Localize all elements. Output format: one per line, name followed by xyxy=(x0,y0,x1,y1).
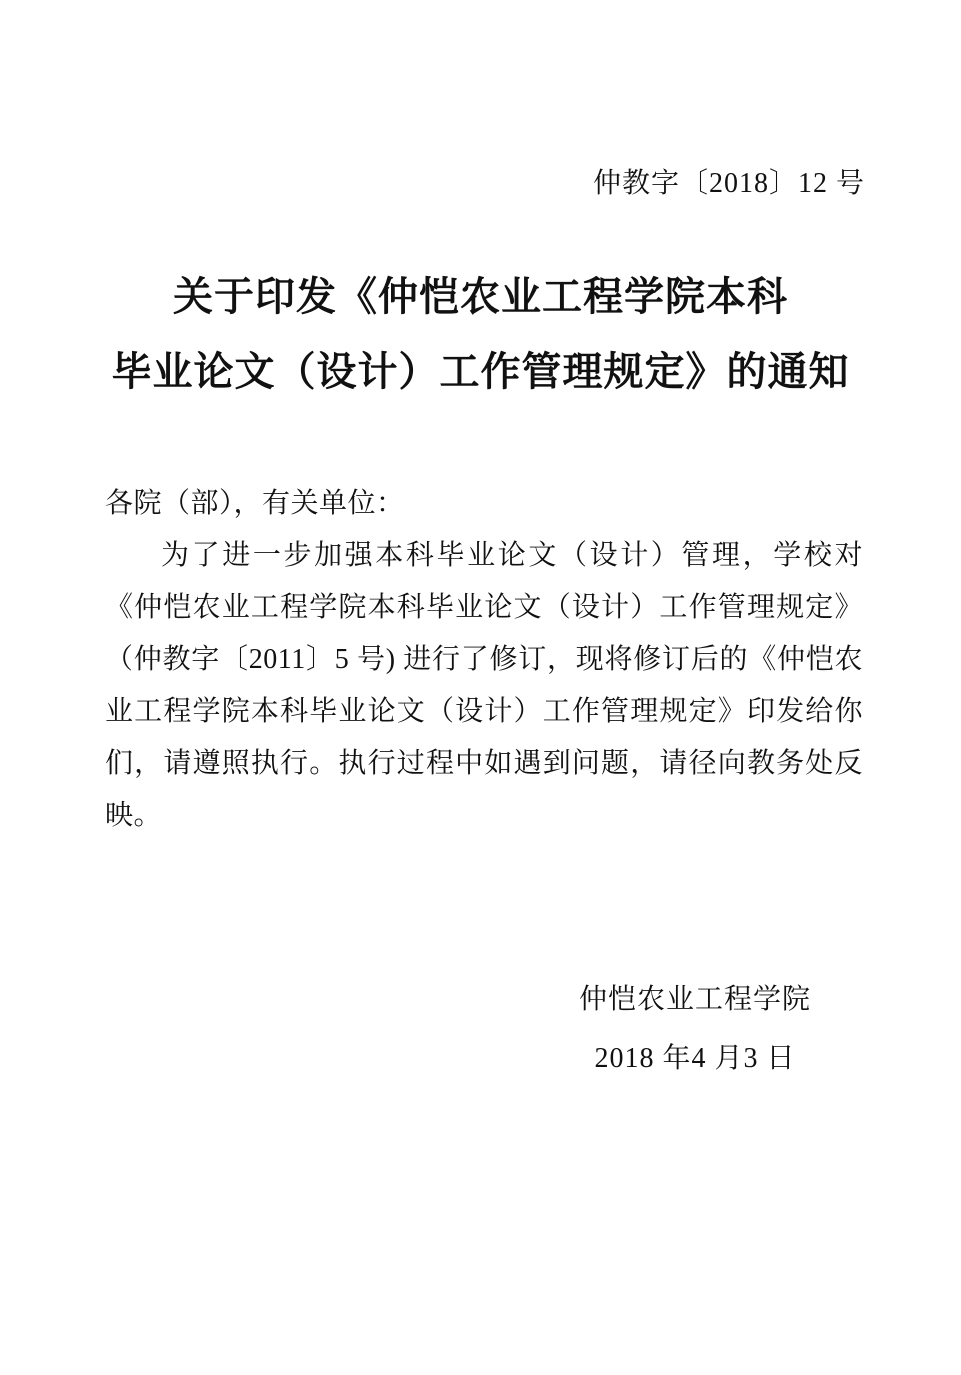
document-page: 仲教字〔2018〕12 号 关于印发《仲恺农业工程学院本科 毕业论文（设计）工作… xyxy=(0,0,961,1375)
signature-block: 仲恺农业工程学院 2018 年4 月3 日 xyxy=(434,970,956,1088)
notice-title-line-2: 毕业论文（设计）工作管理规定》的通知 xyxy=(0,335,961,410)
signature-organization: 仲恺农业工程学院 xyxy=(434,970,956,1029)
signature-date: 2018 年4 月3 日 xyxy=(434,1029,956,1088)
notice-title: 关于印发《仲恺农业工程学院本科 毕业论文（设计）工作管理规定》的通知 xyxy=(0,260,961,410)
notice-body: 各院（部），有关单位： 为了进一步加强本科毕业论文（设计）管理，学校对《仲恺农业… xyxy=(105,478,863,842)
body-paragraph: 为了进一步加强本科毕业论文（设计）管理，学校对《仲恺农业工程学院本科毕业论文（设… xyxy=(105,530,863,842)
doc-reference-number: 仲教字〔2018〕12 号 xyxy=(593,168,865,200)
notice-title-line-1: 关于印发《仲恺农业工程学院本科 xyxy=(0,260,961,335)
salutation: 各院（部），有关单位： xyxy=(105,478,863,530)
